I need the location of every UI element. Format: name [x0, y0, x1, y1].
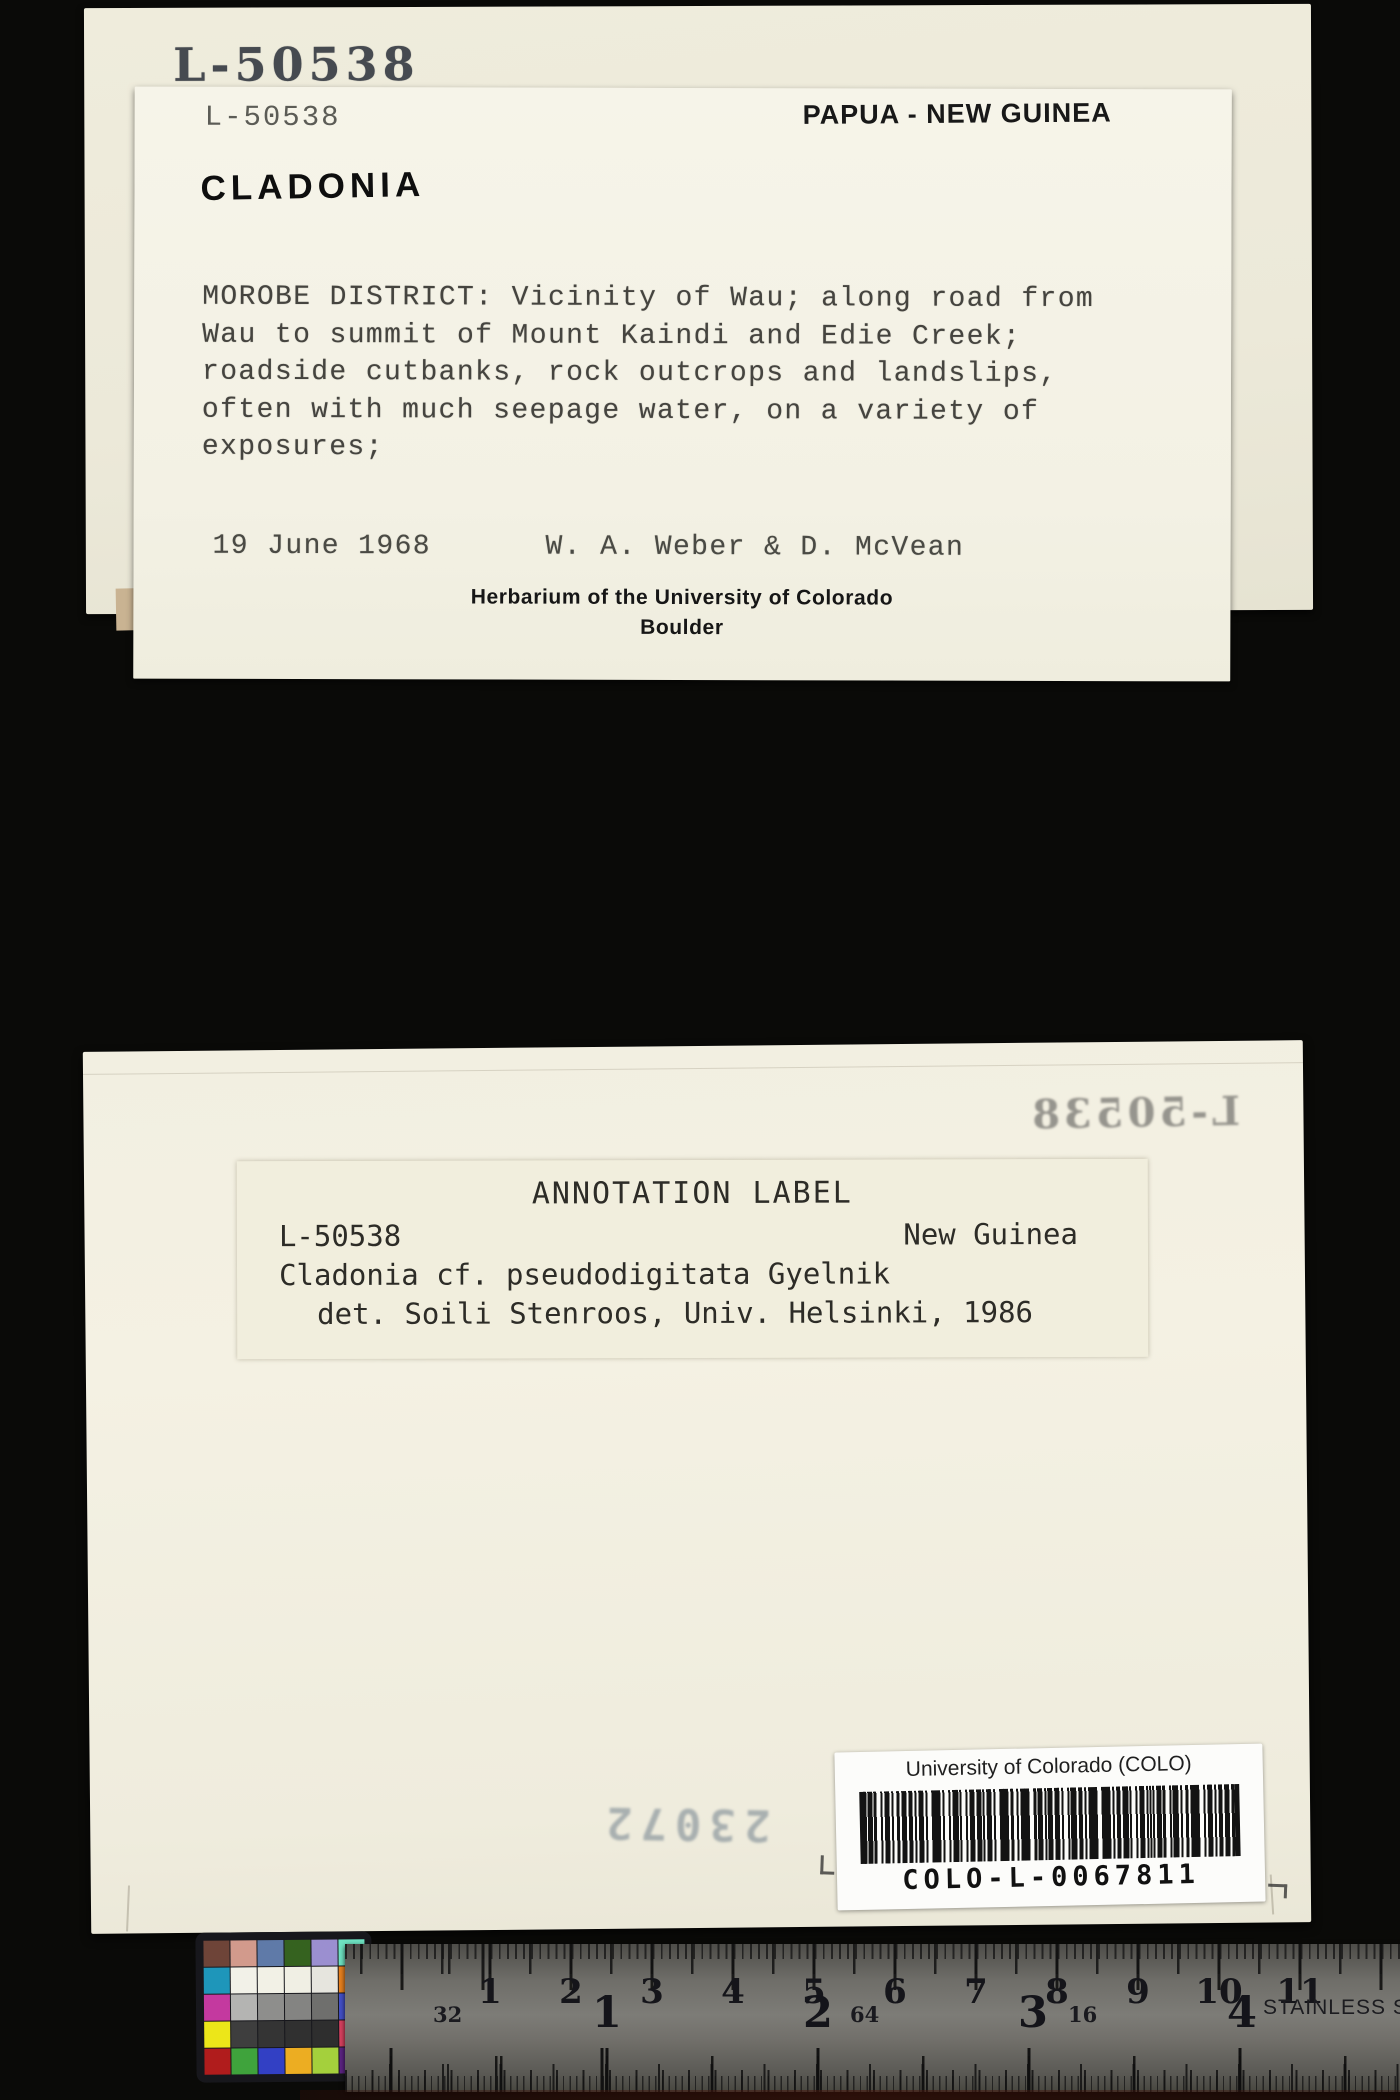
envelope-stamp-number: L-50538	[173, 37, 420, 92]
color-patch	[257, 1994, 283, 2020]
label-catalog-number: L-50538	[205, 101, 341, 134]
annotation-taxon: Cladonia cf. pseudodigitata Gyelnik	[279, 1256, 890, 1292]
barcode-label: University of Colorado (COLO) COLO-L-006…	[834, 1744, 1265, 1911]
color-patch	[230, 1940, 256, 1966]
ghost-stamp-bottom: 23072	[598, 1796, 771, 1850]
annotation-region: New Guinea	[903, 1217, 1078, 1251]
barcode-institution: University of Colorado (COLO)	[835, 1751, 1263, 1784]
locality-line: MOROBE DISTRICT: Vicinity of Wau; along …	[202, 279, 1094, 319]
ruler-sub-label: 32	[433, 2002, 462, 2027]
color-patch	[284, 1994, 310, 2020]
ruler-number: 3	[1018, 1988, 1048, 2038]
collection-label: L-50538 PAPUA - NEW GUINEA CLADONIA MORO…	[133, 87, 1232, 682]
label-collectors: W. A. Weber & D. McVean	[546, 532, 965, 564]
color-patch	[258, 2021, 284, 2047]
color-patch	[203, 1967, 229, 1993]
color-patch	[284, 1940, 310, 1966]
color-patch	[203, 1940, 229, 1966]
floor-shadow	[300, 2090, 1400, 2100]
color-patch	[312, 2021, 338, 2047]
locality-line: exposures;	[202, 429, 1094, 469]
color-checker-grid	[203, 1939, 365, 2074]
color-patch	[311, 1994, 337, 2020]
ruler-number: 1	[592, 1988, 622, 2038]
label-date-row: 19 June 1968 W. A. Weber & D. McVean	[134, 531, 1231, 534]
label-locality: MOROBE DISTRICT: Vicinity of Wau; along …	[202, 279, 1094, 469]
ruler-number: 9	[1126, 1972, 1150, 2012]
ruler-number: 7	[964, 1972, 988, 2012]
color-patch	[284, 1967, 310, 1993]
corner-mark-left	[820, 1855, 835, 1874]
photo-background: { "photo": { "envelope": { "stamp_number…	[0, 0, 1400, 2100]
barcode-number: COLO-L-0067811	[837, 1858, 1266, 1898]
color-patch	[285, 2048, 311, 2074]
barcode	[863, 1784, 1236, 1864]
label-date: 19 June 1968	[213, 531, 432, 563]
color-patch	[258, 2048, 284, 2074]
color-patch	[311, 1940, 337, 1966]
annotation-row: L-50538 New Guinea	[237, 1217, 1148, 1219]
annotation-title: ANNOTATION LABEL	[237, 1175, 1148, 1212]
ruler-number: 1	[478, 1972, 502, 2012]
ruler-sub-label: 64	[850, 2002, 879, 2027]
label-region: PAPUA - NEW GUINEA	[803, 98, 1112, 131]
color-patch	[257, 1967, 283, 1993]
ruler-number: 8	[1045, 1972, 1069, 2012]
ruler-number: 2	[559, 1972, 583, 2012]
color-patch	[312, 2048, 338, 2074]
color-patch	[257, 1940, 283, 1966]
ghost-stamp-mirrored: L-50538	[1000, 1088, 1241, 1139]
color-patch	[203, 1994, 229, 2020]
color-patch	[230, 1967, 256, 1993]
ruler: 1234567891011 1234 326416 STAINLESS ST	[345, 1944, 1400, 2092]
herbarium-imprint: Herbarium of the University of Colorado	[133, 585, 1230, 612]
ruler-number: 6	[883, 1972, 907, 2012]
annotation-det-line: det. Soili Stenroos, Univ. Helsinki, 198…	[317, 1295, 1033, 1331]
color-patch	[204, 2021, 230, 2047]
ruler-number: 4	[1227, 1988, 1257, 2038]
packet-crease	[126, 1885, 130, 1931]
locality-line: Wau to summit of Mount Kaindi and Edie C…	[202, 316, 1094, 356]
herbarium-imprint-city: Boulder	[133, 615, 1230, 642]
color-patch	[231, 2048, 257, 2074]
locality-line: roadside cutbanks, rock outcrops and lan…	[202, 354, 1094, 394]
ruler-number: 4	[721, 1972, 745, 2012]
color-patch	[204, 2048, 230, 2074]
color-patch	[230, 1994, 256, 2020]
ruler-bottom-ticks	[345, 2044, 1400, 2092]
annotation-label: ANNOTATION LABEL L-50538 New Guinea Clad…	[237, 1159, 1149, 1359]
ruler-brand-text: STAINLESS ST	[1263, 1996, 1400, 2020]
ruler-sub-label: 16	[1068, 2002, 1097, 2027]
color-patch	[311, 1967, 337, 1993]
corner-mark-right	[1268, 1884, 1287, 1899]
ruler-number: 3	[640, 1972, 664, 2012]
locality-line: often with much seepage water, on a vari…	[202, 391, 1094, 431]
color-patch	[285, 2021, 311, 2047]
ruler-number: 2	[803, 1988, 833, 2038]
label-genus-handwritten: CLADONIA	[200, 165, 425, 209]
color-patch	[231, 2021, 257, 2047]
annotation-number: L-50538	[279, 1219, 401, 1253]
